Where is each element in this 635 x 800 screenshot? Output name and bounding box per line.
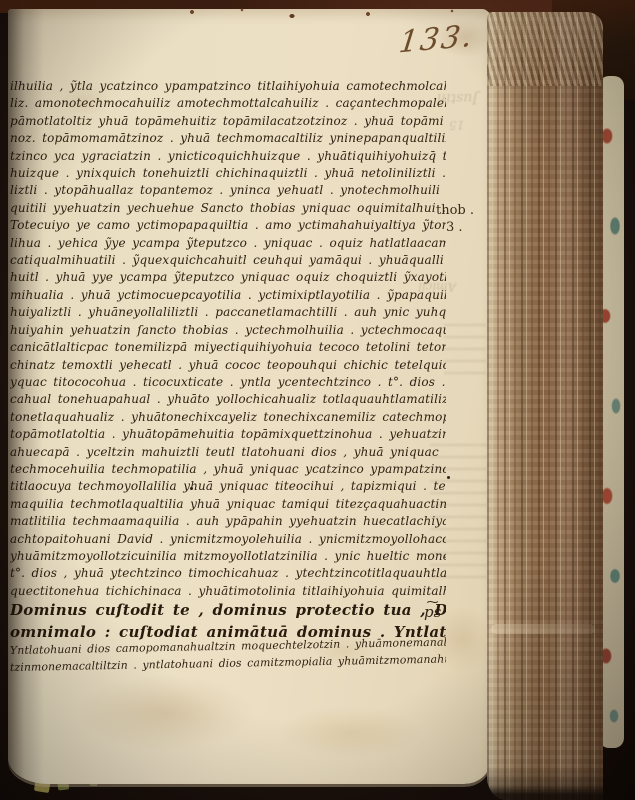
manuscript-line: yhuāmitzmoyollotzicuinilia mitzmoyollotl…: [10, 548, 446, 565]
manuscript-line: techmocehuilia techmopatilia , yhuā yniq…: [10, 461, 446, 478]
manuscript-line: ilhuilia , ỹtla ycatzinco ypampatzinco t…: [10, 78, 446, 95]
manuscript-line: liztli . ytopāhuallaz topantemoz . yninc…: [10, 182, 446, 199]
manuscript-line: huizque . ynixquich tonehuiztli chichina…: [10, 165, 446, 182]
manuscript-line: catiqualmihuatili . ỹquexquichcahuitl ce…: [10, 252, 446, 269]
manuscript-line: cahual tonehuapahual . yhuāto yollochica…: [10, 391, 446, 408]
manuscript-line: huiyaliztli . yhuāneyollaliliztli . pacc…: [10, 304, 446, 321]
manuscript-line: huitl . yhuā yye ycampa ỹteputzco yniqua…: [10, 269, 446, 286]
manuscript-line: huiyahin yehuatzin ſancto thobias . ycte…: [10, 322, 446, 339]
manuscript-line: tzinco yca ygraciatzin . ynicticoquichhu…: [10, 148, 446, 165]
fore-edge-highlight: [491, 624, 595, 634]
ink-speck: [447, 476, 450, 479]
manuscript-line: quitili yyehuatzin yechuehue Sancto thob…: [10, 200, 446, 217]
manuscript-line: t°. dios , yhuā ytechtzinco timochicahua…: [10, 565, 446, 582]
manuscript-photo: Justin 15 Amicil 133. thob . 3 . ⁓ ps il…: [0, 0, 635, 800]
manuscript-line: ahuecapā . yceltzin mahuiztli teutl tlat…: [10, 444, 446, 461]
manuscript-line: quectitonehua tichichinaca . yhuātimotol…: [10, 583, 446, 600]
manuscript-line: maquilia techmotlaqualtilia yhuā yniquac…: [10, 496, 446, 513]
manuscript-line: chinatz temoxtli yehecatl . yhuā cococ t…: [10, 357, 446, 374]
manuscript-line: mihualia . yhuā yctimocuepcayotilia . yc…: [10, 287, 446, 304]
fore-edge-top-leaves: [487, 12, 603, 86]
manuscript-line: noz. topāmomamātzinoz . yhuā techmomacal…: [10, 130, 446, 147]
folio-number: 133.: [397, 18, 476, 60]
manuscript-line: tonetlaquahualiz . yhuātonechixcayeliz t…: [10, 409, 446, 426]
manuscript-line: canicātlalticpac tonemilizpā miyectiquih…: [10, 339, 446, 356]
manuscript-line: pāmotlatoltiz yhuā topāmehuitiz topāmila…: [10, 113, 446, 130]
manuscript-line: liz. amonotechmocahuiliz amotechmottalca…: [10, 95, 446, 112]
manuscript-line: matlitilia techmaamaquilia . auh ypāpahi…: [10, 513, 446, 530]
manuscript-line: titlaocuya techmoyollalilia yhuā yniquac…: [10, 478, 446, 495]
manuscript-line: yquac titococohua . ticocuxticate . yntl…: [10, 374, 446, 391]
manuscript-line: topāmotlatoltia . yhuātopāmehuitia topām…: [10, 426, 446, 443]
manuscript-text-block: ilhuilia , ỹtla ycatzinco ypampatzinco t…: [10, 78, 446, 676]
manuscript-line: lihua . yehica ỹye ycampa ỹteputzco . yn…: [10, 235, 446, 252]
manuscript-line: Dominus cuſtodit te , dominus protectio …: [10, 600, 446, 622]
fore-edge-bottom-shadow: [487, 766, 603, 800]
manuscript-line: achtopaitohuani David . ynicmitzmoyolehu…: [10, 531, 446, 548]
book-fore-edge: [487, 12, 603, 800]
manuscript-line: Totecuiyo ye camo yctimopapaquiltia . am…: [10, 217, 446, 234]
